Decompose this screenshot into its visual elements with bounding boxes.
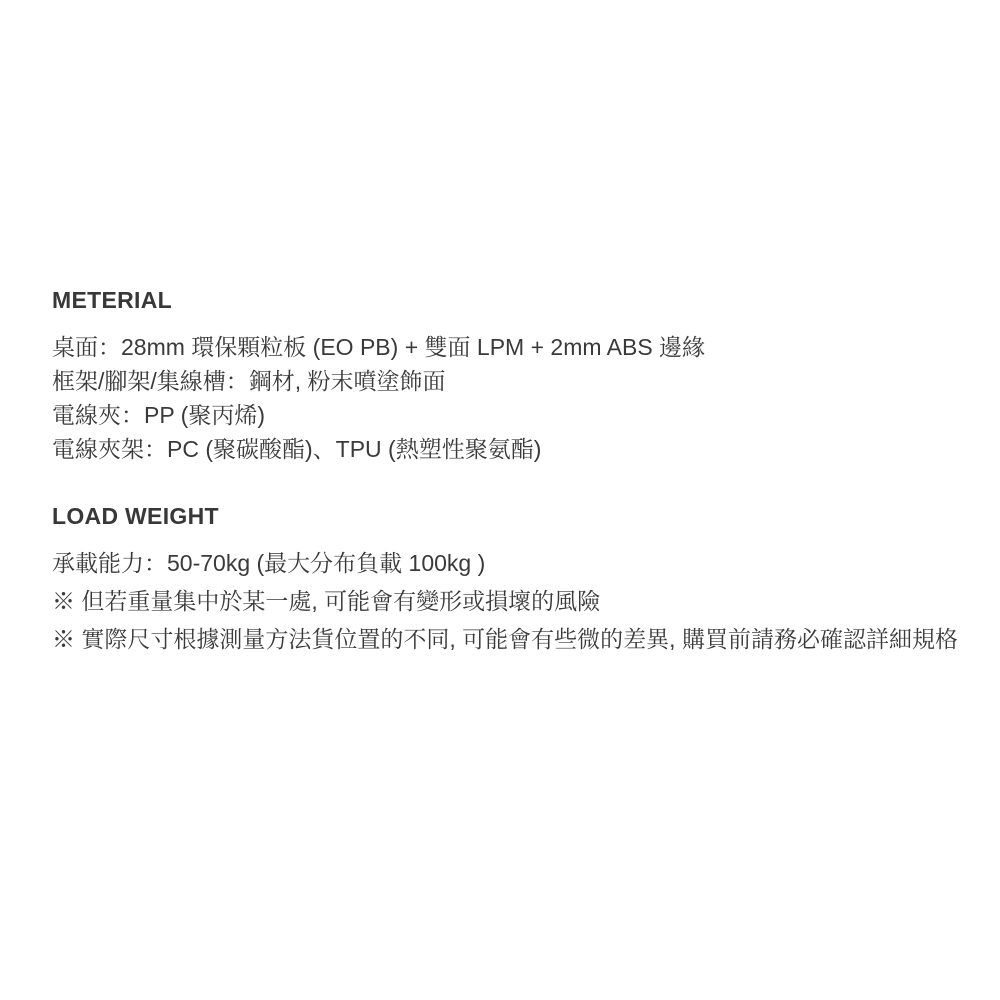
spec-content: METERIAL 桌面：28mm 環保顆粒板 (EO PB) + 雙面 LPM … xyxy=(52,288,958,658)
spec-line-frame: 框架/腳架/集線槽：鋼材, 粉末噴塗飾面 xyxy=(52,364,958,398)
load-weight-section: LOAD WEIGHT 承載能力：50-70kg (最大分布負載 100kg ) xyxy=(52,504,958,580)
material-spec-lines: 桌面：28mm 環保顆粒板 (EO PB) + 雙面 LPM + 2mm ABS… xyxy=(52,330,958,466)
load-weight-heading: LOAD WEIGHT xyxy=(52,504,958,528)
spec-line-cable-clip: 電線夾：PP (聚丙烯) xyxy=(52,398,958,432)
material-section: METERIAL 桌面：28mm 環保顆粒板 (EO PB) + 雙面 LPM … xyxy=(52,288,958,466)
spec-line-cable-clip-holder: 電線夾架：PC (聚碳酸酯)、TPU (熱塑性聚氨酯) xyxy=(52,432,958,466)
note-measurement-disclaimer: ※ 實際尺寸根據測量方法貨位置的不同, 可能會有些微的差異, 購買前請務必確認詳… xyxy=(52,620,958,658)
notes: ※ 但若重量集中於某一處, 可能會有變形或損壞的風險 ※ 實際尺寸根據測量方法貨… xyxy=(52,582,958,658)
material-heading: METERIAL xyxy=(52,288,958,312)
product-spec-page: METERIAL 桌面：28mm 環保顆粒板 (EO PB) + 雙面 LPM … xyxy=(0,0,1000,1000)
spec-line-load-capacity: 承載能力：50-70kg (最大分布負載 100kg ) xyxy=(52,546,958,580)
load-weight-spec-lines: 承載能力：50-70kg (最大分布負載 100kg ) xyxy=(52,546,958,580)
spec-line-desktop: 桌面：28mm 環保顆粒板 (EO PB) + 雙面 LPM + 2mm ABS… xyxy=(52,330,958,364)
note-deformation-warning: ※ 但若重量集中於某一處, 可能會有變形或損壞的風險 xyxy=(52,582,958,620)
